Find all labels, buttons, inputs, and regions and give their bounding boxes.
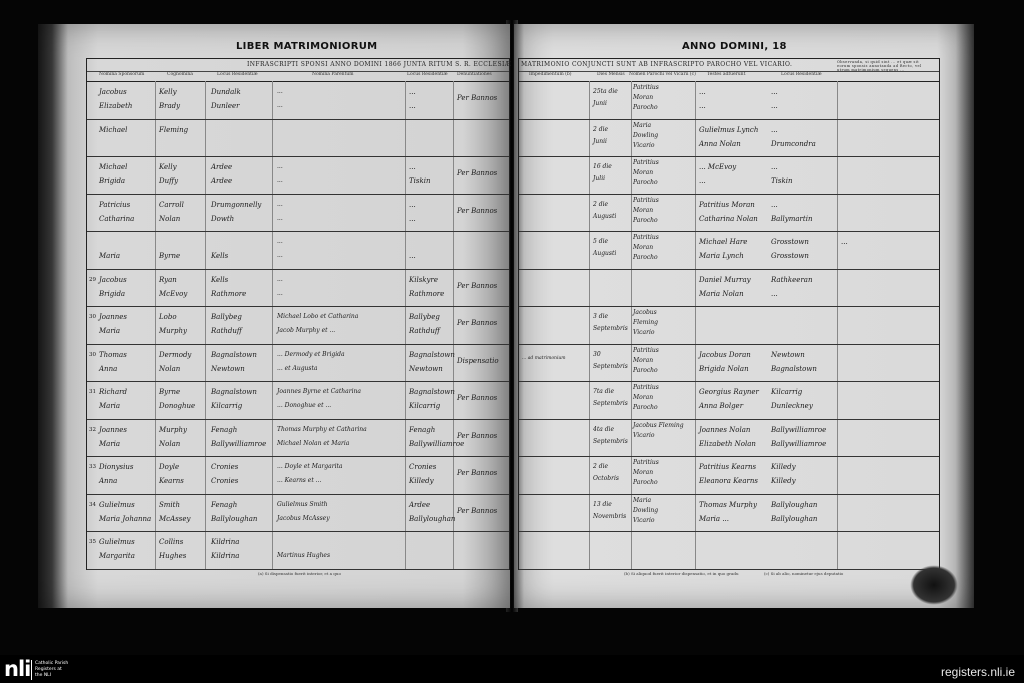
entry-priest-2: Parocho [633,403,658,413]
left-page: LIBER MATRIMONIORUM INFRASCRIPTI SPONSI … [38,24,510,608]
entry-groom: Jacobus [99,275,127,285]
entry-bride_residence: Rathduff [211,326,242,336]
entry-witness_residence-0: ... [771,162,778,172]
register-image-viewer[interactable]: LIBER MATRIMONIORUM INFRASCRIPTI SPONSI … [0,0,1024,655]
entry-priest-1: Moran [633,356,653,366]
entry-parents-0: Thomas Murphy et Catharina [277,425,367,435]
entry-witness_residence-1: Tiskin [771,176,793,186]
register-entry-row: 30ThomasAnnaDermodyNolanBagnalstownNewto… [87,344,509,383]
entry-priest-1: Dowling [633,131,658,141]
left-footnote: (a) Si dispensatio fuerit interior, et a… [258,571,341,576]
entry-priest-2: Parocho [633,478,658,488]
entry-note: ... [841,237,848,247]
register-entry-row: 30JoannesMariaLoboMurphyBallybegRathduff… [87,306,509,345]
register-entry-row: Daniel MurrayMaria NolanRathkeeran... [519,269,939,308]
register-entry-row: 16 dieJuliiPatritiusMoranParocho... McEv… [519,156,939,195]
entry-date-0: 7ta die [593,387,614,397]
entry-priest-1: Moran [633,393,653,403]
entry-bride_residence: Dowth [211,214,234,224]
entry-groom_surname: Smith [159,500,180,510]
entry-witnesses-0: ... McEvoy [699,162,736,172]
entry-parents-0: ... Dermody et Brigida [277,350,345,360]
entry-parent_residence-1: ... [409,251,416,261]
entry-parents-0: ... [277,237,283,247]
entry-priest-0: Patritius [633,383,659,393]
register-entry-row: JacobusElizabethKellyBradyDundalkDunleer… [87,81,509,120]
entry-priest-1: Moran [633,243,653,253]
entry-witnesses-1: Maria Nolan [699,289,744,299]
entry-witness_residence-1: Dunleckney [771,401,813,411]
entry-bride_surname: Murphy [159,326,187,336]
entry-groom_surname: Fleming [159,125,188,135]
entry-parents-1: Michael Nolan et Maria [277,439,349,449]
entry-priest-2: Parocho [633,253,658,263]
entry-groom_surname: Byrne [159,387,180,397]
entry-date-1: Augusti [593,249,616,259]
entry-parent_residence-1: Newtown [409,364,443,374]
entry-groom: Joannes [99,425,127,435]
entry-date-0: 25ta die [593,87,618,97]
register-entry-row: PatriciusCatharinaCarrollNolanDrumgonnel… [87,194,509,233]
entry-bride_residence: Ballywilliamroe [211,439,266,449]
entry-witnesses-1: ... [699,101,706,111]
entry-parent_residence-0: Fenagh [409,425,435,435]
entry-parent_residence-1: Killedy [409,476,434,486]
register-entry-row: 2 dieAugustiPatritiusMoranParochoPatriti… [519,194,939,233]
entry-bride_residence: Newtown [211,364,245,374]
entry-groom_residence: Fenagh [211,425,237,435]
entry-parents-1: Jacobus McAssey [277,514,330,524]
entry-groom_surname: Doyle [159,462,179,472]
register-entry-row: 25ta dieJuniiPatritiusMoranParocho......… [519,81,939,120]
entry-banns: Per Bannos [457,281,497,291]
entry-witness_residence-0: Ballywilliamroe [771,425,826,435]
entry-bride_surname: Byrne [159,251,180,261]
column-header: Denuntiationes [457,72,492,77]
entry-witnesses-1: Maria ... [699,514,729,524]
entry-priest-0: Patritius [633,346,659,356]
entry-date-0: 2 die [593,125,608,135]
entry-priest-1: Dowling [633,506,658,516]
entry-bride_surname: Donoghue [159,401,195,411]
entry-date-1: Septembris [593,324,628,334]
entry-banns: Per Bannos [457,431,497,441]
entry-groom: Michael [99,162,127,172]
entry-parents-1: ... [277,214,283,224]
entry-parent_residence-1: Kilcarrig [409,401,440,411]
entry-no: 35 [89,537,96,547]
left-page-title: LIBER MATRIMONIORUM [236,41,377,52]
entry-bride: Anna [99,476,117,486]
entry-witnesses-1: Elizabeth Nolan [699,439,756,449]
entry-parent_residence-1: Ballyloughan [409,514,455,524]
entry-date-0: 13 die [593,500,612,510]
entry-groom_residence: Dundalk [211,87,241,97]
entry-date-0: 3 die [593,312,608,322]
right-page-title: ANNO DOMINI, 18 [682,41,787,52]
entry-bride_residence: Kells [211,251,228,261]
entry-bride: Brigida [99,289,125,299]
entry-witnesses-0: Gulielmus Lynch [699,125,758,135]
entry-priest-1: Moran [633,468,653,478]
logo-divider [31,660,32,680]
entry-parent_residence-0: ... [409,87,416,97]
entry-date-1: Septembris [593,362,628,372]
entry-priest-2: Parocho [633,103,658,113]
entry-parent_residence-1: Rathmore [409,289,444,299]
entry-banns: Per Bannos [457,318,497,328]
entry-witness_residence-1: Grosstown [771,251,809,261]
entry-witnesses-1: Brigida Nolan [699,364,749,374]
entry-bride_residence: Ardee [211,176,232,186]
entry-groom: Michael [99,125,127,135]
entry-bride: Catharina [99,214,134,224]
entry-parents-1: ... Donoghue et ... [277,401,331,411]
entry-witnesses-1: Maria Lynch [699,251,744,261]
entry-priest-2: Vicario [633,328,654,338]
entry-witness_residence-0: Grosstown [771,237,809,247]
entry-witness_residence-1: ... [771,101,778,111]
entry-parent_residence-1: Rathduff [409,326,440,336]
entry-date-0: 4ta die [593,425,614,435]
entry-witnesses-0: Georgius Rayner [699,387,759,397]
entry-date-0: 2 die [593,200,608,210]
entry-witnesses-0: Thomas Murphy [699,500,757,510]
entry-groom_surname: Kelly [159,162,177,172]
entry-groom_surname: Carroll [159,200,184,210]
entry-groom: Thomas [99,350,127,360]
entry-parent_residence-1: ... [409,101,416,111]
entry-witness_residence-0: ... [771,125,778,135]
entry-witnesses-0: Joannes Nolan [699,425,750,435]
entry-parents-1: ... [277,289,283,299]
entry-no: 34 [89,500,96,510]
entry-parents-1: Jacob Murphy et ... [277,326,335,336]
entry-priest-2: Parocho [633,178,658,188]
entry-witnesses-1: Eleanora Kearns [699,476,758,486]
entry-bride: Maria [99,251,120,261]
entry-bride: Maria [99,326,120,336]
entry-groom: Patricius [99,200,130,210]
entry-parents-0: Michael Lobo et Catharina [277,312,358,322]
entry-banns: Per Bannos [457,93,497,103]
register-entry-row: 3 dieSeptembrisJacobusFlemingVicario [519,306,939,345]
entry-impediment: ... ad matrimonium [522,354,566,364]
entry-banns: Per Bannos [457,468,497,478]
register-entry-row: 35GulielmusMargaritaCollinsHughesKildrin… [87,531,509,570]
entry-priest-1: Vicario [633,431,654,441]
register-entry-row [519,531,939,570]
entry-witness_residence-0: Newtown [771,350,805,360]
entry-witnesses-0: Michael Hare [699,237,747,247]
right-footnote-b: (b) Si aliquod fuerit interior dispensat… [624,571,739,576]
column-header: Dies Mensis [597,72,625,77]
entry-parents-1: ... et Augusta [277,364,317,374]
entry-priest-0: Jacobus [633,308,657,318]
column-header: Testes adfuerunt [707,72,745,77]
entry-date-0: 5 die [593,237,608,247]
entry-witness_residence-1: ... [771,289,778,299]
page-stain [910,565,958,605]
entry-bride_residence: Kildrina [211,551,239,561]
entry-priest-0: Patritius [633,83,659,93]
entry-groom_residence: Kells [211,275,228,285]
column-header: Impedimentum (b) [529,72,572,77]
entry-priest-2: Vicario [633,516,654,526]
register-entry-row: MariaByrneKells......... [87,231,509,270]
entry-witness_residence-0: Ballyloughan [771,500,817,510]
entry-parent_residence-1: Tiskin [409,176,431,186]
entry-priest-2: Parocho [633,216,658,226]
entry-witness_residence-0: Killedy [771,462,796,472]
register-entry-row: 7ta dieSeptembrisPatritiusMoranParochoGe… [519,381,939,420]
register-entry-row: 29JacobusBrigidaRyanMcEvoyKellsRathmore.… [87,269,509,308]
entry-witness_residence-0: Rathkeeran [771,275,812,285]
entry-bride_residence: Ballyloughan [211,514,257,524]
entry-parents-0: ... [277,87,283,97]
entry-priest-1: Moran [633,168,653,178]
entry-no: 30 [89,350,96,360]
entry-date-1: Junii [593,137,607,147]
entry-bride: Elizabeth [99,101,132,111]
entry-groom_surname: Collins [159,537,183,547]
entry-groom: Gulielmus [99,537,135,547]
entry-bride_surname: Hughes [159,551,186,561]
register-entry-row: 34GulielmusMaria JohannaSmithMcAsseyFena… [87,494,509,533]
entry-parents-1: Martinus Hughes [277,551,330,561]
entry-witness_residence-1: Ballywilliamroe [771,439,826,449]
entry-witnesses-1: ... [699,176,706,186]
entry-bride_surname: McEvoy [159,289,187,299]
register-entry-row: 2 dieOctobrisPatritiusMoranParochoPatrit… [519,456,939,495]
entry-parent_residence-0: Bagnalstown [409,350,455,360]
register-entry-row: 31RichardMariaByrneDonoghueBagnalstownKi… [87,381,509,420]
marriage-register-table-right: MATRIMONIO CONJUNCTI SUNT AB INFRASCRIPT… [518,58,940,570]
entry-no: 31 [89,387,96,397]
entry-parent_residence-0: Kilskyre [409,275,438,285]
entry-priest-0: Patritius [633,458,659,468]
entry-date-0: 2 die [593,462,608,472]
entry-date-0: 16 die [593,162,612,172]
entry-banns: Per Bannos [457,168,497,178]
entry-date-1: Octobris [593,474,619,484]
entry-bride: Brigida [99,176,125,186]
entry-priest-0: Patritius [633,233,659,243]
entry-date-0: 30 [593,350,601,360]
entry-bride_surname: Brady [159,101,180,111]
entry-date-1: Augusti [593,212,616,222]
entry-bride: Maria Johanna [99,514,151,524]
right-footnote-c: (c) Si ab alio, nominetur ejus deputatio [764,571,843,576]
entry-groom: Jacobus [99,87,127,97]
right-page: ANNO DOMINI, 18 MATRIMONIO CONJUNCTI SUN… [514,24,974,608]
entry-date-1: Septembris [593,437,628,447]
entry-parent_residence-0: Ballybeg [409,312,440,322]
entry-bride_surname: Nolan [159,364,180,374]
entry-groom_residence: Ardee [211,162,232,172]
entry-groom: Richard [99,387,127,397]
entry-bride: Margarita [99,551,135,561]
entry-groom_residence: Bagnalstown [211,350,257,360]
nli-logo[interactable]: nli [4,658,30,680]
entry-groom: Gulielmus [99,500,135,510]
entry-banns: Per Bannos [457,206,497,216]
entry-priest-0: Maria [633,121,651,131]
entry-groom_surname: Kelly [159,87,177,97]
column-header: Nomina Sponsorum [99,72,144,77]
entry-parents-0: ... [277,162,283,172]
entry-banns: Dispensatio [457,356,499,366]
entry-parent_residence-0: Cronies [409,462,436,472]
register-entry-row: 13 dieNovembrisMariaDowlingVicarioThomas… [519,494,939,533]
entry-witnesses-1: Catharina Nolan [699,214,758,224]
entry-parent_residence-0: ... [409,162,416,172]
entry-groom_residence: Drumgonnelly [211,200,261,210]
entry-groom_residence: Cronies [211,462,238,472]
entry-parents-1: ... Kearns et ... [277,476,321,486]
entry-parent_residence-0: ... [409,200,416,210]
entry-witnesses-0: Patritius Kearns [699,462,756,472]
column-header: Locus Residentiæ [407,72,448,77]
entry-bride_residence: Kilcarrig [211,401,242,411]
register-entry-row: 33DionysiusAnnaDoyleKearnsCroniesCronies… [87,456,509,495]
entry-date-1: Novembris [593,512,626,522]
entry-witnesses-0: Patritius Moran [699,200,755,210]
entry-parents-0: Gulielmus Smith [277,500,328,510]
entry-witness_residence-1: Bagnalstown [771,364,817,374]
entry-bride_residence: Cronies [211,476,238,486]
entry-bride: Anna [99,364,117,374]
marriage-register-table-left: INFRASCRIPTI SPONSI ANNO DOMINI 1866 JUN… [86,58,510,570]
entry-witnesses-0: ... [699,87,706,97]
entry-groom_residence: Fenagh [211,500,237,510]
entry-parent_residence-0: Bagnalstown [409,387,455,397]
entry-bride_residence: Dunleer [211,101,240,111]
entry-groom_surname: Ryan [159,275,177,285]
entry-witness_residence-1: Ballyloughan [771,514,817,524]
entry-witnesses-1: Anna Nolan [699,139,741,149]
entry-witness_residence-0: ... [771,87,778,97]
entry-groom_residence: Ballybeg [211,312,242,322]
site-footer [0,655,1024,683]
nli-logo-caption: Catholic Parish Registers at the NLI [35,661,68,679]
entry-priest-1: Moran [633,93,653,103]
register-entry-row: 4ta dieSeptembrisJacobus FlemingVicarioJ… [519,419,939,458]
entry-groom_surname: Murphy [159,425,187,435]
entry-witnesses-0: Daniel Murray [699,275,751,285]
entry-parents-1: ... [277,101,283,111]
entry-date-1: Julii [593,174,605,184]
entry-parent_residence-0: Ardee [409,500,430,510]
column-header: Locus Residentiæ [781,72,822,77]
entry-groom: Dionysius [99,462,133,472]
entry-parent_residence-1: ... [409,214,416,224]
entry-banns: Per Bannos [457,506,497,516]
entry-parents-1: ... [277,176,283,186]
entry-groom_residence: Kildrina [211,537,239,547]
register-entry-row: MichaelFleming [87,119,509,158]
entry-bride_surname: Duffy [159,176,178,186]
register-entry-row: ... ad matrimonium30SeptembrisPatritiusM… [519,344,939,383]
entry-bride_surname: McAssey [159,514,190,524]
entry-bride_surname: Nolan [159,214,180,224]
registers-site-link[interactable]: registers.nli.ie [941,665,1015,679]
entry-bride_surname: Kearns [159,476,184,486]
entry-bride: Maria [99,439,120,449]
entry-groom_residence: Bagnalstown [211,387,257,397]
register-entry-row: MichaelBrigidaKellyDuffyArdeeArdee......… [87,156,509,195]
entry-witnesses-0: Jacobus Doran [699,350,751,360]
entry-date-1: Junii [593,99,607,109]
entry-bride_surname: Nolan [159,439,180,449]
column-header: Nomina Parentum [312,72,354,77]
entry-witness_residence-1: Ballymartin [771,214,812,224]
entry-priest-1: Moran [633,206,653,216]
entry-priest-2: Vicario [633,141,654,151]
register-entry-row: 32JoannesMariaMurphyNolanFenaghBallywill… [87,419,509,458]
entry-parent_residence-1: Ballywilliamroe [409,439,464,449]
column-header: Locus Residentiæ [217,72,258,77]
column-header: Cognomina [167,72,193,77]
entry-no: 32 [89,425,96,435]
entry-parents-0: ... [277,275,283,285]
entry-witness_residence-1: Drumcondra [771,139,816,149]
entry-no: 29 [89,275,96,285]
entry-parents-0: ... [277,200,283,210]
entry-bride_residence: Rathmore [211,289,246,299]
entry-parents-0: ... Doyle et Margarita [277,462,342,472]
column-header: Nomen Parochi vel Vicarii (c) [629,72,696,77]
register-entry-row: 5 dieAugustiPatritiusMoranParochoMichael… [519,231,939,270]
entry-witness_residence-0: Kilcarrig [771,387,802,397]
entry-priest-1: Fleming [633,318,658,328]
entry-groom: Joannes [99,312,127,322]
entry-no: 30 [89,312,96,322]
entry-priest-0: Maria [633,496,651,506]
entry-groom_surname: Dermody [159,350,191,360]
entry-banns: Per Bannos [457,393,497,403]
entry-witnesses-1: Anna Bolger [699,401,743,411]
register-entry-row: 2 dieJuniiMariaDowlingVicarioGulielmus L… [519,119,939,158]
entry-witness_residence-0: ... [771,200,778,210]
entry-priest-0: Jacobus Fleming [633,421,684,431]
entry-priest-0: Patritius [633,196,659,206]
entry-parents-1: ... [277,251,283,261]
entry-priest-0: Patritius [633,158,659,168]
entry-bride: Maria [99,401,120,411]
entry-groom_surname: Lobo [159,312,177,322]
entry-witness_residence-1: Killedy [771,476,796,486]
entry-no: 33 [89,462,96,472]
entry-date-1: Septembris [593,399,628,409]
entry-parents-0: Joannes Byrne et Catharina [277,387,361,397]
entry-priest-2: Parocho [633,366,658,376]
